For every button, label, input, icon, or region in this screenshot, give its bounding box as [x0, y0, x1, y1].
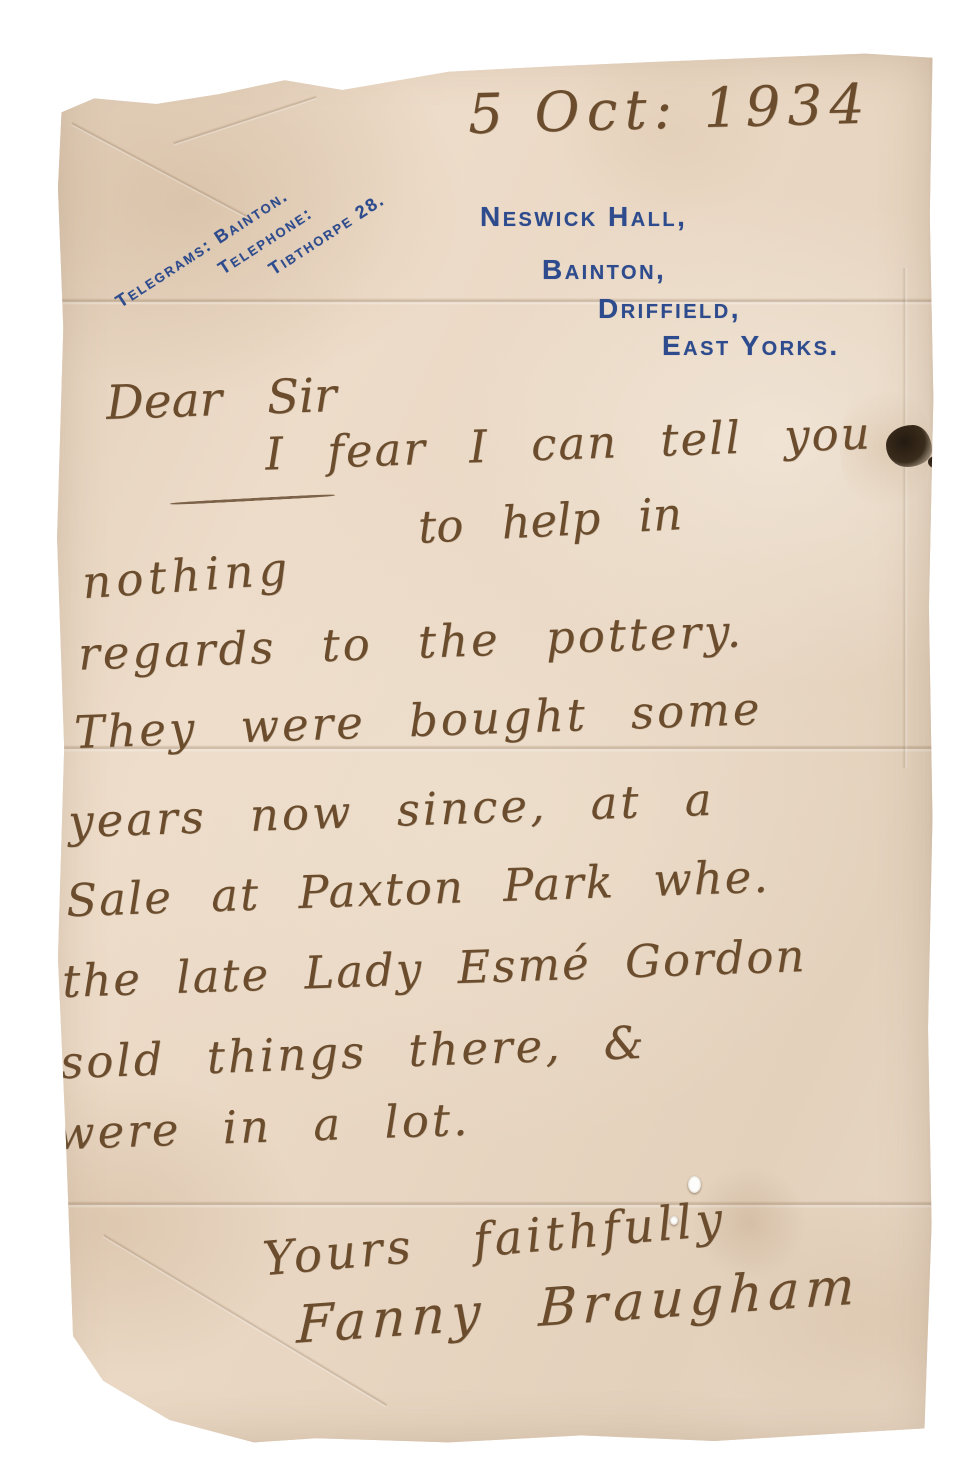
- paper-hole-small: [670, 1216, 678, 1225]
- address-line-hall: Neswick Hall,: [480, 201, 687, 233]
- address-line-town: Driffield,: [598, 293, 741, 325]
- salutation: Dear Sir: [105, 372, 337, 427]
- body-line: nothing: [81, 546, 294, 606]
- letter-date: 5 Oct: 1934: [467, 77, 872, 143]
- ink-blot-small: [928, 456, 942, 468]
- scanned-letter-page: 5 Oct: 1934 Telegrams: Bainton. Telephon…: [0, 0, 976, 1483]
- body-line: to help in: [417, 491, 683, 550]
- address-line-village: Bainton,: [542, 254, 666, 286]
- address-line-county: East Yorks.: [662, 330, 840, 362]
- letter-paper: 5 Oct: 1934 Telegrams: Bainton. Telephon…: [50, 48, 936, 1448]
- paper-hole: [688, 1176, 701, 1193]
- body-line: were in a lot.: [55, 1097, 471, 1156]
- ink-blot: [886, 425, 932, 467]
